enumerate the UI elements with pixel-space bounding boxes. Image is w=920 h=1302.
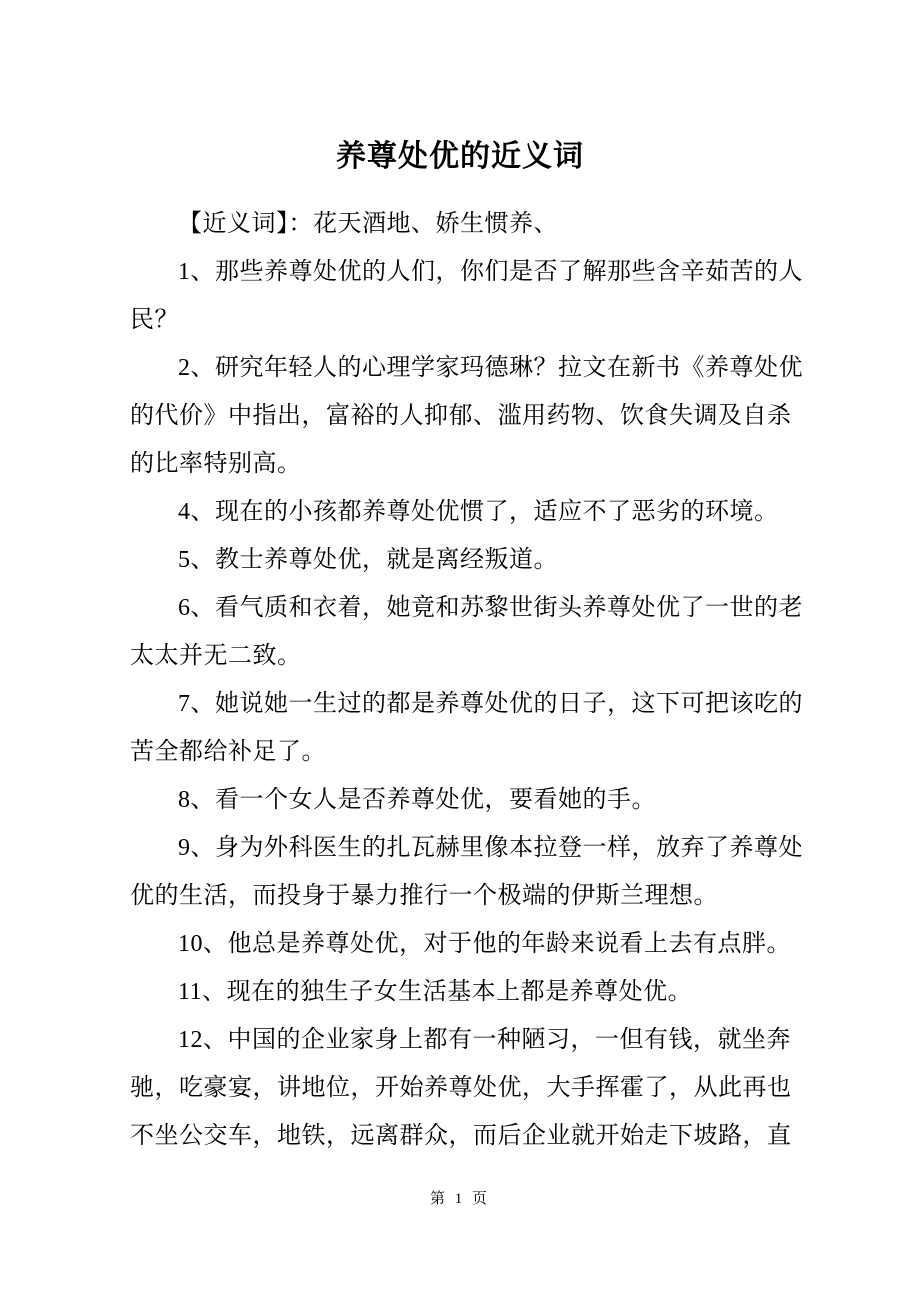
- text-line: 太太并无二致。: [130, 632, 790, 680]
- text-line: 不坐公交车，地铁，远离群众，而后企业就开始走下坡路，直: [130, 1112, 790, 1160]
- text-line: 12、中国的企业家身上都有一种陋习，一但有钱，就坐奔: [130, 1016, 790, 1064]
- text-line: 【近义词】：花天酒地、娇生惯养、: [130, 200, 790, 248]
- page-number: 第 1 页: [430, 1191, 490, 1207]
- text-line: 4、现在的小孩都养尊处优惯了，适应不了恶劣的环境。: [130, 488, 790, 536]
- text-line: 民？: [130, 296, 790, 344]
- document-body: 【近义词】：花天酒地、娇生惯养、1、那些养尊处优的人们，你们是否了解那些含辛茹苦…: [130, 200, 790, 1160]
- text-line: 的比率特别高。: [130, 440, 790, 488]
- document-title: 养尊处优的近义词: [0, 0, 920, 175]
- document-page: 养尊处优的近义词 【近义词】：花天酒地、娇生惯养、1、那些养尊处优的人们，你们是…: [0, 0, 920, 1302]
- text-line: 1、那些养尊处优的人们，你们是否了解那些含辛茹苦的人: [130, 248, 790, 296]
- text-line: 优的生活，而投身于暴力推行一个极端的伊斯兰理想。: [130, 872, 790, 920]
- text-line: 11、现在的独生子女生活基本上都是养尊处优。: [130, 968, 790, 1016]
- text-line: 10、他总是养尊处优，对于他的年龄来说看上去有点胖。: [130, 920, 790, 968]
- text-line: 8、看一个女人是否养尊处优，要看她的手。: [130, 776, 790, 824]
- text-line: 9、身为外科医生的扎瓦赫里像本拉登一样，放弃了养尊处: [130, 824, 790, 872]
- page-footer: 第 1 页: [0, 1189, 920, 1209]
- text-line: 6、看气质和衣着，她竟和苏黎世街头养尊处优了一世的老: [130, 584, 790, 632]
- text-line: 7、她说她一生过的都是养尊处优的日子，这下可把该吃的: [130, 680, 790, 728]
- text-line: 驰，吃豪宴，讲地位，开始养尊处优，大手挥霍了，从此再也: [130, 1064, 790, 1112]
- text-line: 的代价》中指出，富裕的人抑郁、滥用药物、饮食失调及自杀: [130, 392, 790, 440]
- text-line: 2、研究年轻人的心理学家玛德琳？拉文在新书《养尊处优: [130, 344, 790, 392]
- text-line: 苦全都给补足了。: [130, 728, 790, 776]
- text-line: 5、教士养尊处优，就是离经叛道。: [130, 536, 790, 584]
